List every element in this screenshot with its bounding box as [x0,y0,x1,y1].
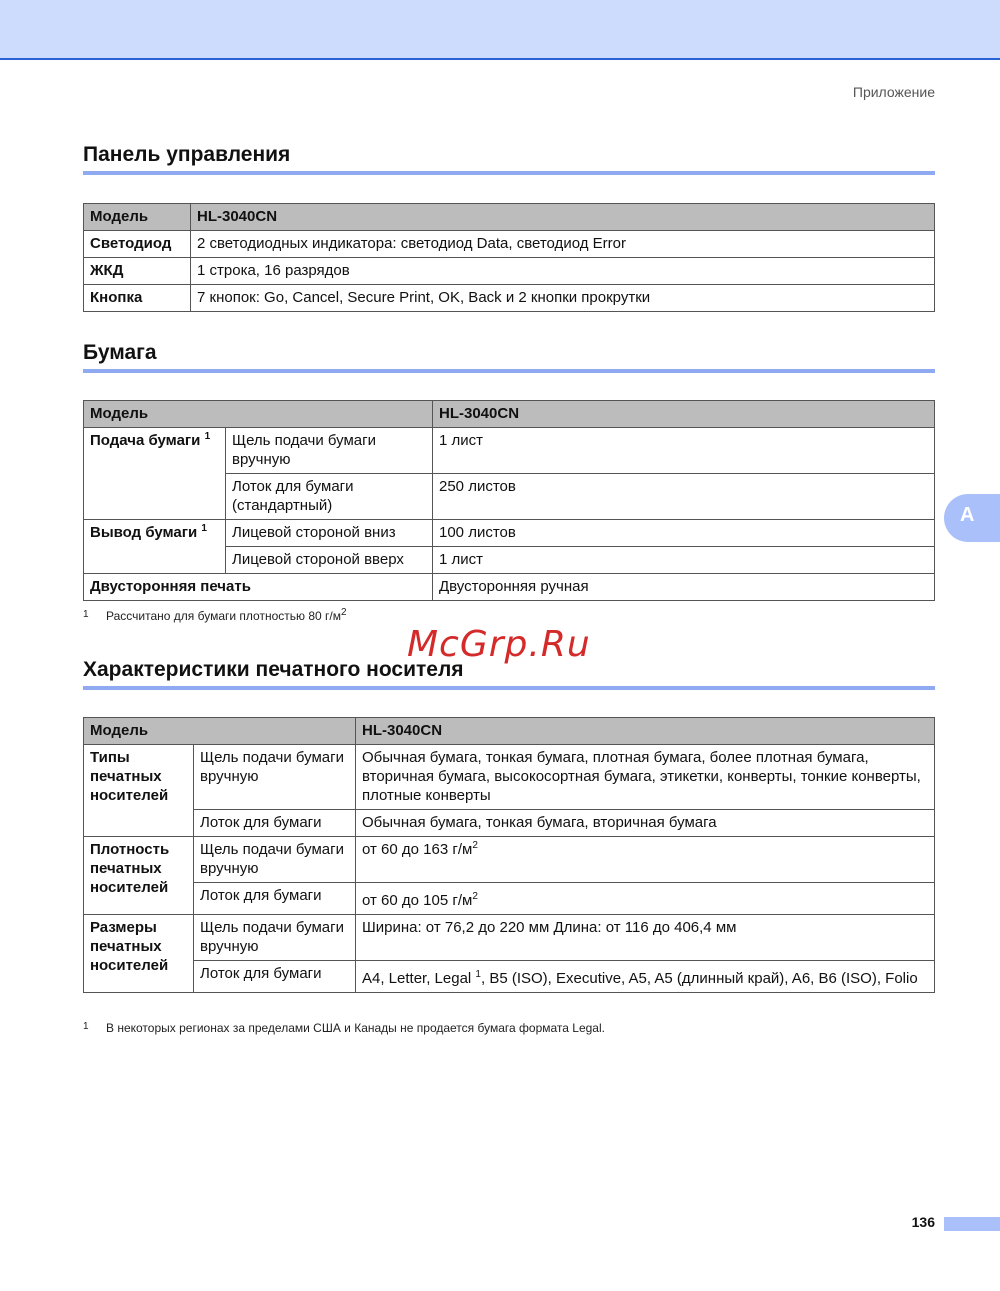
header-cell: HL-3040CN [356,718,935,745]
row-label: Типы печатных носителей [84,745,194,837]
row-sublabel: Лоток для бумаги [194,883,356,915]
row-value: Ширина: от 76,2 до 220 мм Длина: от 116 … [356,915,935,961]
header-cell: Модель [84,401,433,428]
superscript: 2 [472,840,478,851]
media-footnote: 1В некоторых регионах за пределами США и… [83,1021,605,1035]
row-sublabel: Лицевой стороной вниз [226,520,433,547]
table-header-row: Модель HL-3040CN [84,718,935,745]
table-header-row: Модель HL-3040CN [84,204,935,231]
header-cell: Модель [84,718,356,745]
page-top-band [0,0,1000,60]
row-label: Светодиод [84,231,191,258]
table-header-row: Модель HL-3040CN [84,401,935,428]
row-value: от 60 до 105 г/м2 [356,883,935,915]
section-title-paper: Бумага [83,341,157,365]
row-sublabel: Щель подачи бумаги вручную [194,915,356,961]
label-text: Вывод бумаги [90,524,197,541]
row-value: от 60 до 163 г/м2 [356,837,935,883]
table-row: Плотность печатных носителей Щель подачи… [84,837,935,883]
row-value: 1 строка, 16 разрядов [191,258,935,285]
table-row: Размеры печатных носителей Щель подачи б… [84,915,935,961]
section-title-media: Характеристики печатного носителя [83,658,464,682]
row-label: ЖКД [84,258,191,285]
footnote-text: В некоторых регионах за пределами США и … [106,1021,605,1035]
footnote-ref: 1 [205,431,211,442]
running-title: Приложение [853,84,935,100]
value-text: от 60 до 105 г/м [362,892,472,909]
row-sublabel: Лоток для бумаги (стандартный) [226,474,433,520]
section-rule [83,369,935,373]
media-table: Модель HL-3040CN Типы печатных носителей… [83,717,935,993]
table-row: Лоток для бумаги A4, Letter, Legal 1, B5… [84,961,935,993]
page-number-bar [944,1217,1000,1231]
row-value: 1 лист [433,428,935,474]
table-row: Лоток для бумаги Обычная бумага, тонкая … [84,810,935,837]
table-row: Подача бумаги 1 Щель подачи бумаги вручн… [84,428,935,474]
footnote-text: Рассчитано для бумаги плотностью 80 г/м [106,609,341,623]
row-label: Плотность печатных носителей [84,837,194,915]
row-value: 1 лист [433,547,935,574]
row-value: A4, Letter, Legal 1, B5 (ISO), Executive… [356,961,935,993]
row-label: Кнопка [84,285,191,312]
row-label: Размеры печатных носителей [84,915,194,993]
header-cell: Модель [84,204,191,231]
row-sublabel: Лоток для бумаги [194,961,356,993]
row-value: 250 листов [433,474,935,520]
page-number: 136 [912,1214,935,1230]
table-row: Типы печатных носителей Щель подачи бума… [84,745,935,810]
table-row: ЖКД 1 строка, 16 разрядов [84,258,935,285]
row-sublabel: Лоток для бумаги [194,810,356,837]
footnote-number: 1 [83,609,106,620]
row-value: Двусторонняя ручная [433,574,935,601]
paper-footnote: 1Рассчитано для бумаги плотностью 80 г/м… [83,609,347,623]
footnote-number: 1 [83,1021,106,1032]
row-label-paper-input: Подача бумаги 1 [84,428,226,520]
tab-letter: A [960,504,974,527]
value-text: A4, Letter, Legal [362,970,471,987]
section-rule [83,686,935,690]
row-sublabel: Щель подачи бумаги вручную [226,428,433,474]
table-row: Вывод бумаги 1 Лицевой стороной вниз 100… [84,520,935,547]
row-sublabel: Щель подачи бумаги вручную [194,745,356,810]
value-text: , B5 (ISO), Executive, A5, A5 (длинный к… [481,970,918,987]
row-value: Обычная бумага, тонкая бумага, плотная б… [356,745,935,810]
section-title-control-panel: Панель управления [83,143,290,167]
label-text: Подача бумаги [90,432,200,449]
row-value: 100 листов [433,520,935,547]
row-sublabel: Лицевой стороной вверх [226,547,433,574]
footnote-ref: 1 [201,523,207,534]
header-cell: HL-3040CN [191,204,935,231]
header-cell: HL-3040CN [433,401,935,428]
appendix-tab-badge: A [944,494,1000,542]
section-rule [83,171,935,175]
superscript: 2 [472,891,478,902]
paper-table: Модель HL-3040CN Подача бумаги 1 Щель по… [83,400,935,601]
table-row: Лоток для бумаги от 60 до 105 г/м2 [84,883,935,915]
table-row: Двусторонняя печать Двусторонняя ручная [84,574,935,601]
row-label: Двусторонняя печать [84,574,433,601]
row-sublabel: Щель подачи бумаги вручную [194,837,356,883]
row-value: 2 светодиодных индикатора: светодиод Dat… [191,231,935,258]
table-row: Светодиод 2 светодиодных индикатора: све… [84,231,935,258]
control-panel-table: Модель HL-3040CN Светодиод 2 светодиодны… [83,203,935,312]
superscript: 2 [341,607,347,618]
row-value: 7 кнопок: Go, Cancel, Secure Print, OK, … [191,285,935,312]
row-value: Обычная бумага, тонкая бумага, вторичная… [356,810,935,837]
value-text: от 60 до 163 г/м [362,841,472,858]
table-row: Кнопка 7 кнопок: Go, Cancel, Secure Prin… [84,285,935,312]
row-label-paper-output: Вывод бумаги 1 [84,520,226,574]
